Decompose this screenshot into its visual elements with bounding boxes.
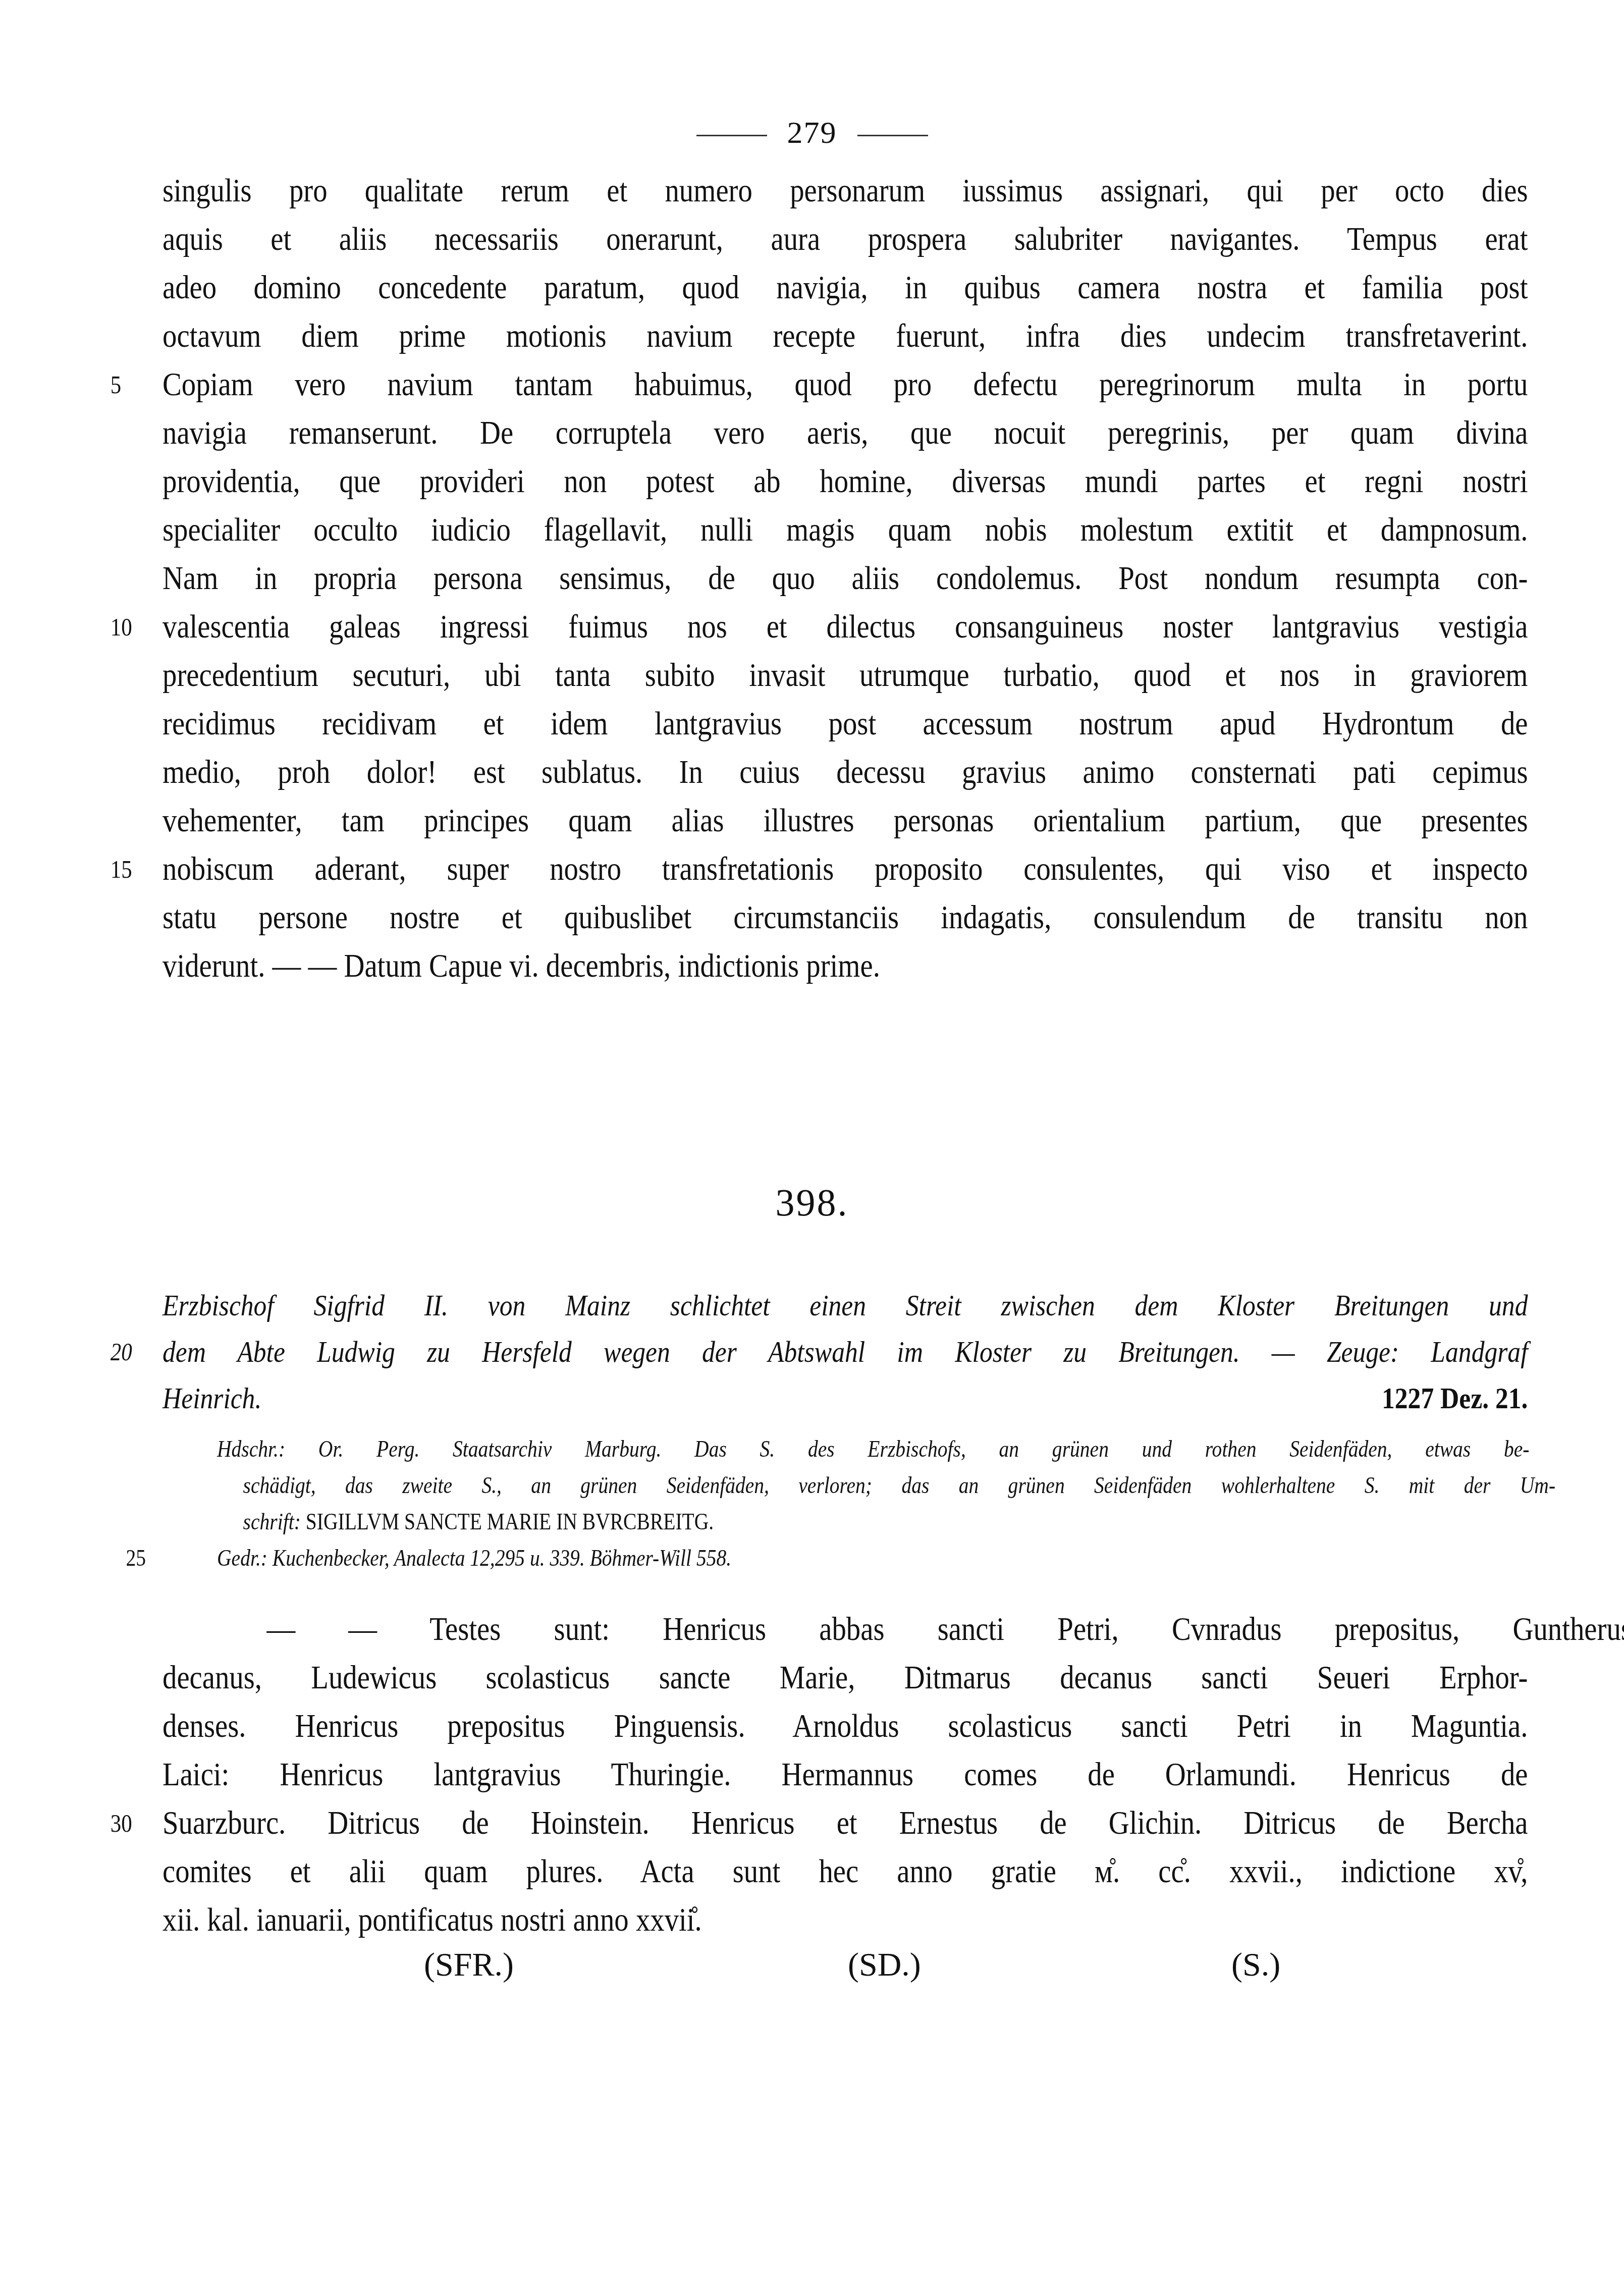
line-text: schrift: [243,1509,306,1534]
text-line: precedentium secuturi, ubi tanta subito … [163,651,1528,700]
line-text: providentia, que provideri non potest ab… [163,463,1528,500]
text-line: 30Suarzburc. Ditricus de Hoinstein. Henr… [163,1799,1528,1847]
line-text: aquis et aliis necessariis onerarunt, au… [163,221,1528,257]
text-line: — — Testes sunt: Henricus abbas sancti P… [163,1605,1624,1654]
regest: Erzbischof Sigfrid II. von Mainz schlich… [163,1282,1528,1421]
text-line: 15nobiscum aderant, super nostro transfr… [163,845,1528,893]
line-text: singulis pro qualitate rerum et numero p… [163,172,1528,209]
text-line: xii. kal. ianuarii, pontificatus nostri … [163,1896,1528,1944]
line-text: schädigt, das zweite S., an grünen Seide… [243,1472,1555,1498]
line-text: nobiscum aderant, super nostro transfret… [163,851,1528,887]
text-line: denses. Henricus prepositus Pinguensis. … [163,1702,1528,1750]
regest-line: 20dem Abte Ludwig zu Hersfeld wegen der … [163,1329,1528,1375]
seal-s: (S.) [1231,1946,1280,1984]
line-number: 20 [111,1329,149,1375]
line-text: vehementer, tam principes quam alias ill… [163,802,1528,839]
note-line: 25Gedr.: Kuchenbecker, Analecta 12,295 u… [217,1540,1529,1576]
main-text: singulis pro qualitate rerum et numero p… [163,167,1528,990]
line-text: Suarzburc. Ditricus de Hoinstein. Henric… [163,1804,1528,1841]
header-rule-right [857,135,928,136]
text-line: Laici: Henricus lantgravius Thuringie. H… [163,1750,1528,1799]
line-text: Nam in propria persona sensimus, de quo … [163,560,1528,597]
line-text: statu persone nostre et quibuslibet circ… [163,899,1528,936]
text-line: octavum diem prime motionis navium recep… [163,312,1528,360]
line-number: 30 [111,1799,149,1847]
text-line: adeo domino concedente paratum, quod nav… [163,263,1528,312]
text-line: singulis pro qualitate rerum et numero p… [163,167,1528,215]
line-number: 25 [126,1540,165,1576]
text-line: 5Copiam vero navium tantam habuimus, quo… [163,360,1528,409]
document-body: — — Testes sunt: Henricus abbas sancti P… [163,1605,1528,1944]
text-line: statu persone nostre et quibuslibet circ… [163,893,1528,942]
note-line: schrift: SIGILLVM SANCTE MARIE IN BVRCBR… [217,1504,1555,1540]
line-text: octavum diem prime motionis navium recep… [163,317,1528,354]
line-number: 5 [111,360,149,409]
text-line: providentia, que provideri non potest ab… [163,457,1528,506]
line-text: decanus, Ludewicus scolasticus sancte Ma… [163,1659,1528,1696]
seal-sfr: (SFR.) [424,1946,514,1984]
line-number: 10 [111,603,149,651]
line-text: recidimus recidivam et idem lantgravius … [163,705,1528,742]
text-line: viderunt. — — Datum Capue vi. decembris,… [163,942,1528,990]
line-text: denses. Henricus prepositus Pinguensis. … [163,1708,1528,1744]
page-number: 279 [787,116,837,150]
document-number: 398. [0,1181,1624,1225]
line-text: medio, proh dolor! est sublatus. In cuiu… [163,754,1528,790]
text-line: navigia remanserunt. De corruptela vero … [163,409,1528,457]
line-text: dem Abte Ludwig zu Hersfeld wegen der Ab… [163,1335,1528,1368]
line-text: — — Testes sunt: Henricus abbas sancti P… [266,1611,1624,1648]
text-line: 10valescentia galeas ingressi fuimus nos… [163,603,1528,651]
page-header: 279 [0,115,1624,151]
regest-line: Heinrich.1227 Dez. 21. [163,1375,1528,1421]
text-line: decanus, Ludewicus scolasticus sancte Ma… [163,1654,1528,1702]
text-line: medio, proh dolor! est sublatus. In cuiu… [163,748,1528,796]
line-text: Hdschr.: Or. Perg. Staatsarchiv Marburg.… [217,1436,1529,1462]
line-text: viderunt. — — Datum Capue vi. decembris,… [163,947,880,984]
line-text: adeo domino concedente paratum, quod nav… [163,269,1528,306]
apparatus-notes: Hdschr.: Or. Perg. Staatsarchiv Marburg.… [217,1431,1529,1576]
line-text: Gedr.: Kuchenbecker, Analecta 12,295 u. … [217,1545,731,1571]
text-line: specialiter occulto iudicio flagellavit,… [163,506,1528,554]
seal-sd: (SD.) [848,1946,921,1984]
note-line: schädigt, das zweite S., an grünen Seide… [217,1467,1555,1504]
text-line: vehementer, tam principes quam alias ill… [163,796,1528,845]
seal-inscription: SIGILLVM SANCTE MARIE IN BVRCBREITG. [306,1509,714,1534]
line-text: navigia remanserunt. De corruptela vero … [163,414,1528,451]
header-rule-left [696,135,767,136]
line-text: Copiam vero navium tantam habuimus, quod… [163,366,1528,403]
text-line: recidimus recidivam et idem lantgravius … [163,700,1528,748]
line-text: Heinrich. [163,1381,261,1415]
line-text: Erzbischof Sigfrid II. von Mainz schlich… [163,1289,1528,1322]
line-text: specialiter occulto iudicio flagellavit,… [163,511,1528,548]
document-date: 1227 Dez. 21. [1382,1375,1528,1421]
text-line: aquis et aliis necessariis onerarunt, au… [163,215,1528,263]
regest-line: Erzbischof Sigfrid II. von Mainz schlich… [163,1282,1528,1329]
line-text: valescentia galeas ingressi fuimus nos e… [163,608,1528,645]
line-text: precedentium secuturi, ubi tanta subito … [163,657,1528,694]
line-text: comites et alii quam plures. Acta sunt h… [163,1853,1528,1890]
line-text: Laici: Henricus lantgravius Thuringie. H… [163,1756,1528,1793]
line-text: xii. kal. ianuarii, pontificatus nostri … [163,1901,702,1938]
text-line: Nam in propria persona sensimus, de quo … [163,554,1528,603]
line-number: 15 [111,845,149,893]
seal-marks: (SFR.) (SD.) (S.) [0,1946,1624,1996]
note-line: Hdschr.: Or. Perg. Staatsarchiv Marburg.… [217,1431,1529,1467]
text-line: comites et alii quam plures. Acta sunt h… [163,1847,1528,1896]
